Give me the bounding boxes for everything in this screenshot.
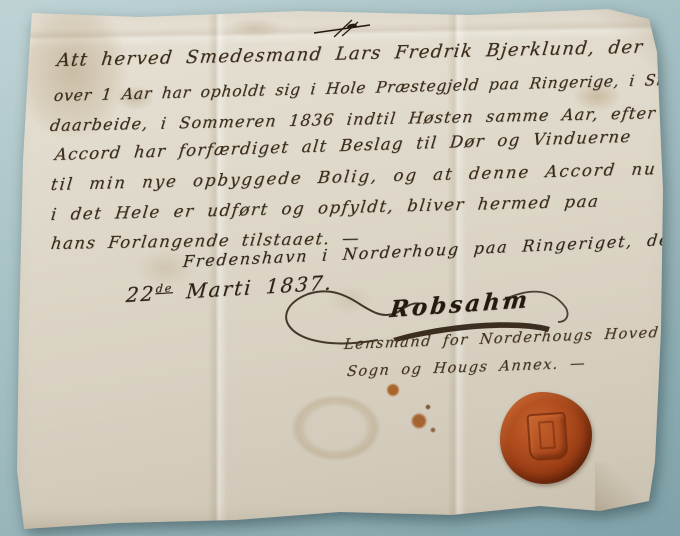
body-line: over 1 Aar har opholdt sig i Hole Præste… <box>53 70 680 105</box>
body-line: til min nye opbyggede Bolig, og at denne… <box>50 159 658 194</box>
body-line: i det Hele er udført og opfyldt, bliver … <box>50 192 601 224</box>
seal-emblem <box>526 412 568 462</box>
photo-background: Att herved Smedesmand Lars Fredrik Bjerk… <box>0 0 680 536</box>
corner-crease-bottom-right <box>595 462 665 517</box>
date-day: 22 <box>125 281 156 307</box>
paraph-mark-icon <box>312 18 374 40</box>
date-ordinal: de <box>155 281 174 295</box>
wax-seal <box>500 392 592 484</box>
document-paper: Att herved Smedesmand Lars Fredrik Bjerk… <box>0 0 680 536</box>
signature-title-line-2: Sogn og Hougs Annex. — <box>346 356 587 380</box>
body-line: Att herved Smedesmand Lars Fredrik Bjerk… <box>56 36 680 71</box>
document-paper-shadow: Att herved Smedesmand Lars Fredrik Bjerk… <box>0 0 680 536</box>
